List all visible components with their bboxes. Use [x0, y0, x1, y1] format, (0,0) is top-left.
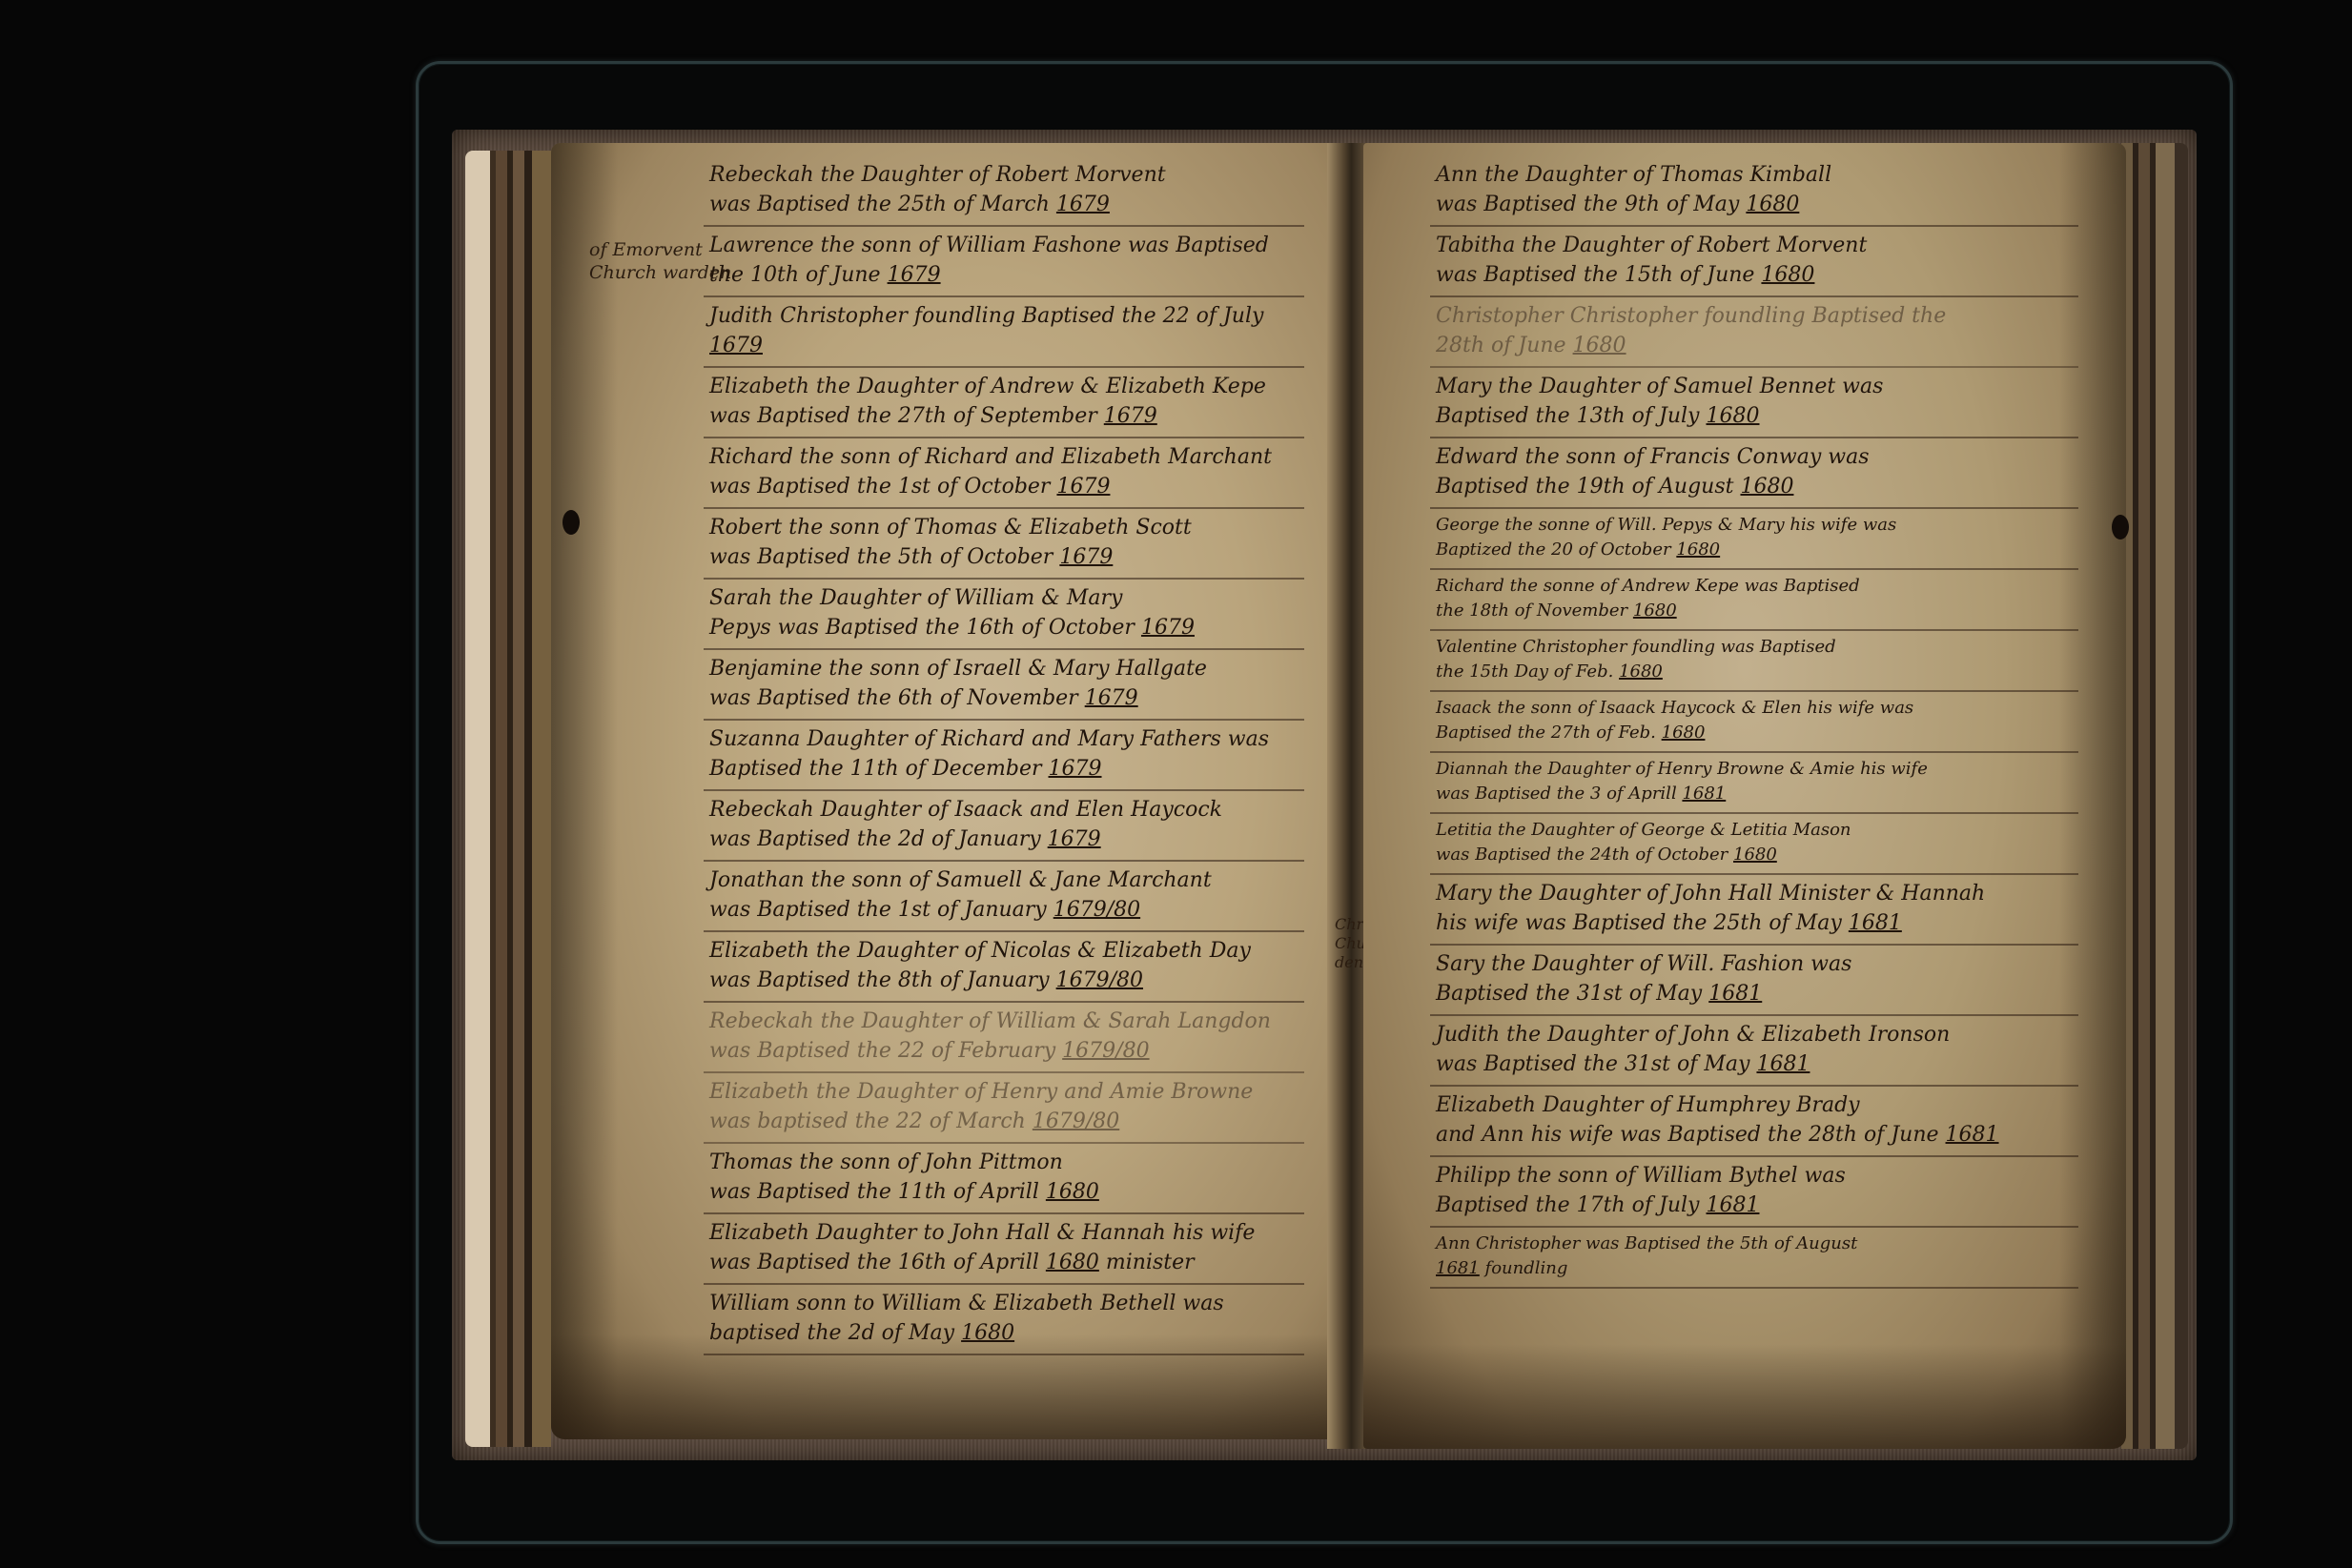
register-entry: Rebeckah the Daughter of William & Sarah… [704, 1003, 1304, 1073]
entry-year: 1680 [1046, 1251, 1099, 1274]
entry-date-line: was Baptised the 16th of Aprill 1680 min… [709, 1248, 1299, 1277]
entry-year: 1680 [1619, 662, 1663, 682]
entry-year: 1680 [1761, 263, 1814, 287]
entry-line: Elizabeth the Daughter of Henry and Amie… [709, 1077, 1299, 1107]
entry-date-line: Baptised the 17th of July 1681 [1436, 1191, 2073, 1220]
entry-line: Philipp the sonn of William Bythel was [1436, 1161, 2073, 1191]
register-entry: Rebeckah the Daughter of Robert Morventw… [704, 156, 1304, 227]
entry-date-line: was Baptised the 1st of January 1679/80 [709, 895, 1299, 925]
entry-date: the 18th of November [1436, 601, 1627, 621]
register-entry: Letitia the Daughter of George & Letitia… [1430, 814, 2078, 875]
entry-date-line: was baptised the 22 of March 1679/80 [709, 1107, 1299, 1136]
entry-line: Elizabeth Daughter to John Hall & Hannah… [709, 1218, 1299, 1248]
entry-line: Benjamine the sonn of Israell & Mary Hal… [709, 654, 1299, 683]
entry-date: was Baptised the 2d of January [709, 827, 1041, 851]
entry-date: Baptised the 19th of August [1436, 475, 1733, 499]
register-entry: Rebeckah Daughter of Isaack and Elen Hay… [704, 791, 1304, 862]
register-entry: Ann Christopher was Baptised the 5th of … [1430, 1228, 2078, 1289]
entry-year: 1679 [709, 334, 763, 357]
entry-line: Judith Christopher foundling Baptised th… [709, 301, 1299, 331]
entry-year: 1679/80 [1033, 1110, 1119, 1133]
entry-date-line: was Baptised the 15th of June 1680 [1436, 260, 2073, 290]
entry-date-line: Baptized the 20 of October 1680 [1436, 538, 2073, 562]
entry-date: Baptized the 20 of October [1436, 540, 1671, 560]
register-entry: William sonn to William & Elizabeth Beth… [704, 1285, 1304, 1355]
entry-line: Christopher Christopher foundling Baptis… [1436, 301, 2073, 331]
left-page: of Emorvent Church warden Rebeckah the D… [551, 143, 1335, 1439]
entry-year: 1680 [1740, 475, 1793, 499]
entry-date-line: was Baptised the 25th of March 1679 [709, 190, 1299, 219]
entry-date-line: the 15th Day of Feb. 1680 [1436, 660, 2073, 684]
entry-year: 1680 [1046, 1180, 1099, 1204]
entry-suffix: foundling [1485, 1258, 1568, 1278]
entry-date: was Baptised the 25th of March [709, 193, 1050, 216]
entry-year: 1681 [1706, 1193, 1759, 1217]
baptism-entries-left: Rebeckah the Daughter of Robert Morventw… [704, 156, 1304, 1355]
entry-date-line: was Baptised the 24th of October 1680 [1436, 843, 2073, 867]
entry-year: 1680 [1733, 845, 1777, 865]
clasp-hole-right [2112, 515, 2129, 540]
page-shadow [551, 143, 618, 1439]
register-entry: Philipp the sonn of William Bythel wasBa… [1430, 1157, 2078, 1228]
entry-date: was Baptised the 31st of May [1436, 1052, 1749, 1076]
register-entry: Sarah the Daughter of William & MaryPepy… [704, 580, 1304, 650]
entry-date: baptised the 2d of May [709, 1321, 954, 1345]
entry-year: 1681 [1946, 1123, 1999, 1147]
entry-date: was Baptised the 1st of January [709, 898, 1047, 922]
entry-line: Letitia the Daughter of George & Letitia… [1436, 818, 2073, 843]
entry-date-line: was Baptised the 6th of November 1679 [709, 683, 1299, 713]
entry-date: was Baptised the 27th of September [709, 404, 1097, 428]
entry-date: and Ann his wife was Baptised the 28th o… [1436, 1123, 1939, 1147]
entry-line: Sary the Daughter of Will. Fashion was [1436, 949, 2073, 979]
entry-year: 1679 [1048, 827, 1101, 851]
entry-date-line: was Baptised the 8th of January 1679/80 [709, 966, 1299, 995]
entry-year: 1679 [1059, 545, 1113, 569]
entry-year: 1680 [1706, 404, 1759, 428]
entry-year: 1679 [1056, 475, 1110, 499]
entry-year: 1679 [1141, 616, 1195, 640]
entry-line: Elizabeth Daughter of Humphrey Brady [1436, 1090, 2073, 1120]
entry-date: the 15th Day of Feb. [1436, 662, 1613, 682]
entry-year: 1681 [1682, 784, 1726, 804]
entry-date: was Baptised the 8th of January [709, 968, 1050, 992]
entry-line: Thomas the sonn of John Pittmon [709, 1148, 1299, 1177]
register-entry: Sary the Daughter of Will. Fashion wasBa… [1430, 946, 2078, 1016]
baptism-entries-right: Ann the Daughter of Thomas Kimballwas Ba… [1430, 156, 2078, 1289]
entry-year: 1680 [961, 1321, 1014, 1345]
entry-date-line: was Baptised the 11th of Aprill 1680 [709, 1177, 1299, 1207]
entry-date-line: was Baptised the 3 of Aprill 1681 [1436, 782, 2073, 806]
entry-line: Diannah the Daughter of Henry Browne & A… [1436, 757, 2073, 782]
entry-line: Ann Christopher was Baptised the 5th of … [1436, 1232, 2073, 1256]
entry-date-line: the 10th of June 1679 [709, 260, 1299, 290]
entry-year: 1679/80 [1053, 898, 1140, 922]
register-entry: Mary the Daughter of Samuel Bennet wasBa… [1430, 368, 2078, 438]
register-entry: Mary the Daughter of John Hall Minister … [1430, 875, 2078, 946]
entry-year: 1679 [888, 263, 941, 287]
entry-year: 1679/80 [1056, 968, 1143, 992]
entry-date-line: 1681 foundling [1436, 1256, 2073, 1281]
entry-year: 1679/80 [1062, 1039, 1149, 1063]
entry-date-line: was Baptised the 31st of May 1681 [1436, 1049, 2073, 1079]
page-edges-right [2121, 143, 2188, 1449]
entry-date-line: Baptised the 31st of May 1681 [1436, 979, 2073, 1008]
entry-year: 1680 [1746, 193, 1799, 216]
register-entry: Isaack the sonn of Isaack Haycock & Elen… [1430, 692, 2078, 753]
register-entry: Edward the sonn of Francis Conway wasBap… [1430, 438, 2078, 509]
entry-date: was Baptised the 22 of February [709, 1039, 1055, 1063]
entry-date-line: was Baptised the 1st of October 1679 [709, 472, 1299, 501]
register-entry: Elizabeth Daughter to John Hall & Hannah… [704, 1214, 1304, 1285]
entry-date: Pepys was Baptised the 16th of October [709, 616, 1135, 640]
entry-date: was Baptised the 3 of Aprill [1436, 784, 1677, 804]
entry-date: Baptised the 31st of May [1436, 982, 1702, 1006]
entry-line: William sonn to William & Elizabeth Beth… [709, 1289, 1299, 1318]
register-entry: Judith the Daughter of John & Elizabeth … [1430, 1016, 2078, 1087]
register-entry: Richard the sonne of Andrew Kepe was Bap… [1430, 570, 2078, 631]
entry-line: Ann the Daughter of Thomas Kimball [1436, 160, 2073, 190]
entry-date-line: Baptised the 13th of July 1680 [1436, 401, 2073, 431]
entry-line: Valentine Christopher foundling was Bapt… [1436, 635, 2073, 660]
entry-date-line: was Baptised the 27th of September 1679 [709, 401, 1299, 431]
entry-date: was Baptised the 11th of Aprill [709, 1180, 1039, 1204]
entry-year: 1681 [1849, 911, 1902, 935]
entry-line: Lawrence the sonn of William Fashone was… [709, 231, 1299, 260]
register-entry: Elizabeth Daughter of Humphrey Bradyand … [1430, 1087, 2078, 1157]
register-entry: Benjamine the sonn of Israell & Mary Hal… [704, 650, 1304, 721]
entry-line: Isaack the sonn of Isaack Haycock & Elen… [1436, 696, 2073, 721]
entry-year: 1680 [1633, 601, 1677, 621]
entry-date: Baptised the 13th of July [1436, 404, 1699, 428]
register-entry: Christopher Christopher foundling Baptis… [1430, 297, 2078, 368]
entry-date: Baptised the 27th of Feb. [1436, 723, 1656, 743]
entry-line: Tabitha the Daughter of Robert Morvent [1436, 231, 2073, 260]
register-entry: Robert the sonn of Thomas & Elizabeth Sc… [704, 509, 1304, 580]
entry-line: George the sonne of Will. Pepys & Mary h… [1436, 513, 2073, 538]
entry-date-line: was Baptised the 5th of October 1679 [709, 542, 1299, 572]
entry-date: was Baptised the 6th of November [709, 686, 1078, 710]
entry-year: 1679 [1085, 686, 1138, 710]
page-shadow [1363, 1344, 2126, 1449]
register-entry: Thomas the sonn of John Pittmonwas Bapti… [704, 1144, 1304, 1214]
entry-date: was baptised the 22 of March [709, 1110, 1026, 1133]
entry-date-line: 1679 [709, 331, 1299, 360]
entry-year: 1679 [1049, 757, 1102, 781]
register-entry: Lawrence the sonn of William Fashone was… [704, 227, 1304, 297]
entry-line: Richard the sonne of Andrew Kepe was Bap… [1436, 574, 2073, 599]
page-edges-left [465, 151, 551, 1447]
register-entry: Richard the sonn of Richard and Elizabet… [704, 438, 1304, 509]
entry-line: Judith the Daughter of John & Elizabeth … [1436, 1020, 2073, 1049]
entry-date-line: was Baptised the 9th of May 1680 [1436, 190, 2073, 219]
register-entry: Judith Christopher foundling Baptised th… [704, 297, 1304, 368]
clasp-hole-left [562, 510, 580, 535]
entry-line: Edward the sonn of Francis Conway was [1436, 442, 2073, 472]
entry-line: Rebeckah the Daughter of Robert Morvent [709, 160, 1299, 190]
entry-date-line: baptised the 2d of May 1680 [709, 1318, 1299, 1348]
register-entry: Diannah the Daughter of Henry Browne & A… [1430, 753, 2078, 814]
entry-line: Jonathan the sonn of Samuell & Jane Marc… [709, 865, 1299, 895]
entry-line: Mary the Daughter of John Hall Minister … [1436, 879, 2073, 908]
entry-date: Baptised the 17th of July [1436, 1193, 1699, 1217]
entry-date-line: was Baptised the 22 of February 1679/80 [709, 1036, 1299, 1066]
entry-line: Robert the sonn of Thomas & Elizabeth Sc… [709, 513, 1299, 542]
entry-year: 1681 [1708, 982, 1762, 1006]
register-entry: Valentine Christopher foundling was Bapt… [1430, 631, 2078, 692]
entry-date-line: Baptised the 11th of December 1679 [709, 754, 1299, 784]
entry-date: 28th of June [1436, 334, 1566, 357]
entry-date: was Baptised the 1st of October [709, 475, 1050, 499]
entry-date-line: his wife was Baptised the 25th of May 16… [1436, 908, 2073, 938]
entry-year: 1680 [1676, 540, 1720, 560]
entry-line: Mary the Daughter of Samuel Bennet was [1436, 372, 2073, 401]
entry-date: the 10th of June [709, 263, 881, 287]
entry-date-line: the 18th of November 1680 [1436, 599, 2073, 623]
register-entry: Tabitha the Daughter of Robert Morventwa… [1430, 227, 2078, 297]
entry-date-line: Pepys was Baptised the 16th of October 1… [709, 613, 1299, 642]
entry-date-line: Baptised the 19th of August 1680 [1436, 472, 2073, 501]
register-entry: Elizabeth the Daughter of Andrew & Eliza… [704, 368, 1304, 438]
entry-year: 1679 [1104, 404, 1157, 428]
entry-date: Baptised the 11th of December [709, 757, 1042, 781]
right-page: Ann the Daughter of Thomas Kimballwas Ba… [1363, 143, 2126, 1449]
entry-date: his wife was Baptised the 25th of May [1436, 911, 1842, 935]
entry-suffix: minister [1106, 1251, 1195, 1274]
entry-year: 1679 [1056, 193, 1110, 216]
entry-year: 1681 [1756, 1052, 1810, 1076]
entry-year: 1681 [1436, 1258, 1480, 1278]
entry-line: Elizabeth the Daughter of Nicolas & Eliz… [709, 936, 1299, 966]
entry-year: 1680 [1573, 334, 1626, 357]
entry-line: Rebeckah the Daughter of William & Sarah… [709, 1007, 1299, 1036]
entry-line: Rebeckah Daughter of Isaack and Elen Hay… [709, 795, 1299, 825]
entry-line: Suzanna Daughter of Richard and Mary Fat… [709, 724, 1299, 754]
register-entry: Elizabeth the Daughter of Henry and Amie… [704, 1073, 1304, 1144]
register-entry: Suzanna Daughter of Richard and Mary Fat… [704, 721, 1304, 791]
entry-date: was Baptised the 24th of October [1436, 845, 1728, 865]
entry-date: was Baptised the 9th of May [1436, 193, 1739, 216]
entry-line: Richard the sonn of Richard and Elizabet… [709, 442, 1299, 472]
entry-date: was Baptised the 15th of June [1436, 263, 1754, 287]
entry-date-line: Baptised the 27th of Feb. 1680 [1436, 721, 2073, 745]
register-entry: Elizabeth the Daughter of Nicolas & Eliz… [704, 932, 1304, 1003]
entry-date: was Baptised the 5th of October [709, 545, 1053, 569]
entry-date-line: 28th of June 1680 [1436, 331, 2073, 360]
entry-date: was Baptised the 16th of Aprill [709, 1251, 1039, 1274]
entry-date-line: and Ann his wife was Baptised the 28th o… [1436, 1120, 2073, 1150]
entry-year: 1680 [1662, 723, 1706, 743]
entry-line: Sarah the Daughter of William & Mary [709, 583, 1299, 613]
entry-date-line: was Baptised the 2d of January 1679 [709, 825, 1299, 854]
register-entry: George the sonne of Will. Pepys & Mary h… [1430, 509, 2078, 570]
entry-line: Elizabeth the Daughter of Andrew & Eliza… [709, 372, 1299, 401]
register-entry: Jonathan the sonn of Samuell & Jane Marc… [704, 862, 1304, 932]
register-entry: Ann the Daughter of Thomas Kimballwas Ba… [1430, 156, 2078, 227]
